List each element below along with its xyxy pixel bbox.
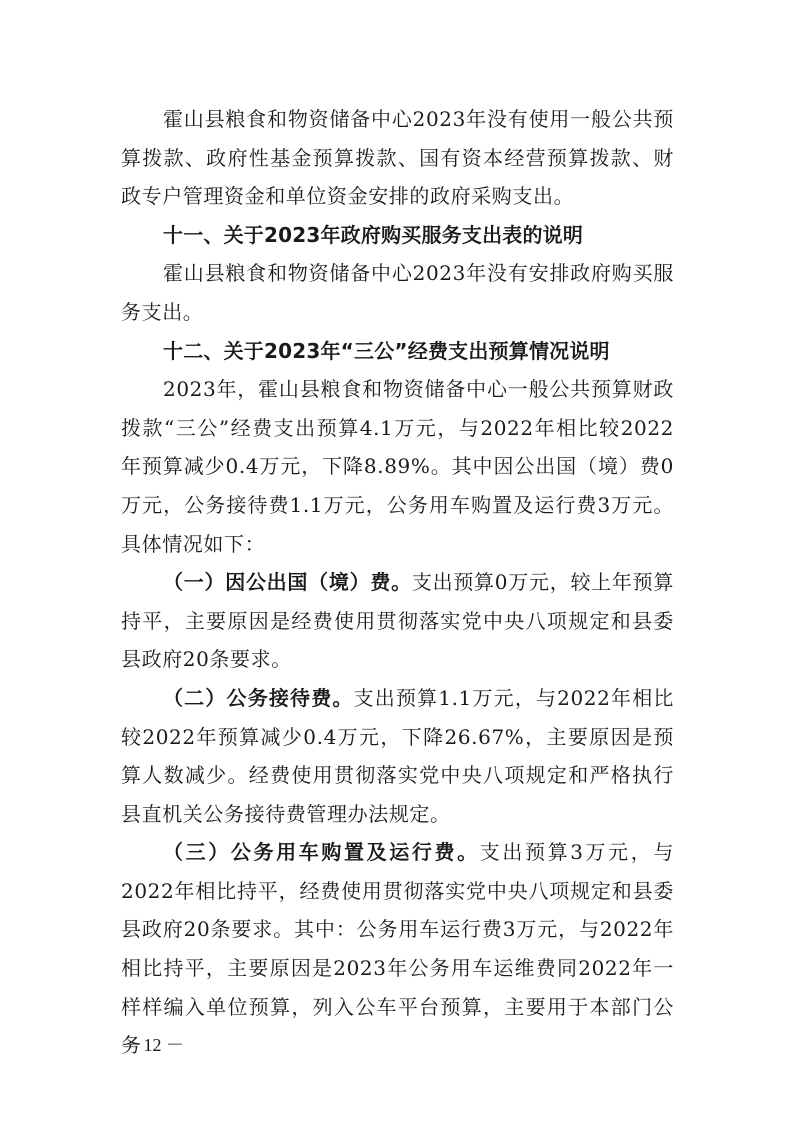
paragraph-overseas-travel: （一）因公出国（境）费。支出预算0万元，较上年预算持平，主要原因是经费使用贯彻落… bbox=[121, 563, 674, 679]
paragraph-reception: （二）公务接待费。支出预算1.1万元，与2022年相比较2022年预算减少0.4… bbox=[121, 679, 674, 833]
document-page: 霍山县粮食和物资储备中心2023年没有使用一般公共预算拨款、政府性基金预算拨款、… bbox=[121, 100, 674, 1065]
subsection-body-vehicle: 支出预算3万元，与2022年相比持平，经费使用贯彻落实党中央八项规定和县委县政府… bbox=[121, 840, 674, 1057]
paragraph-three-public-summary: 2023年，霍山县粮食和物资储备中心一般公共预算财政拨款“三公”经费支出预算4.… bbox=[121, 370, 674, 563]
section-heading-12: 十二、关于2023年“三公”经费支出预算情况说明 bbox=[121, 332, 674, 371]
subsection-title-vehicle: （三）公务用车购置及运行费。 bbox=[163, 840, 480, 864]
paragraph-procurement-note: 霍山县粮食和物资储备中心2023年没有使用一般公共预算拨款、政府性基金预算拨款、… bbox=[121, 100, 674, 216]
paragraph-service-purchase-note: 霍山县粮食和物资储备中心2023年没有安排政府购买服务支出。 bbox=[121, 254, 674, 331]
page-number: － 12 － bbox=[121, 1031, 184, 1057]
section-heading-11: 十一、关于2023年政府购买服务支出表的说明 bbox=[121, 216, 674, 255]
paragraph-vehicle: （三）公务用车购置及运行费。支出预算3万元，与2022年相比持平，经费使用贯彻落… bbox=[121, 833, 674, 1065]
subsection-title-reception: （二）公务接待费。 bbox=[163, 686, 354, 710]
subsection-title-overseas-travel: （一）因公出国（境）费。 bbox=[163, 570, 412, 594]
